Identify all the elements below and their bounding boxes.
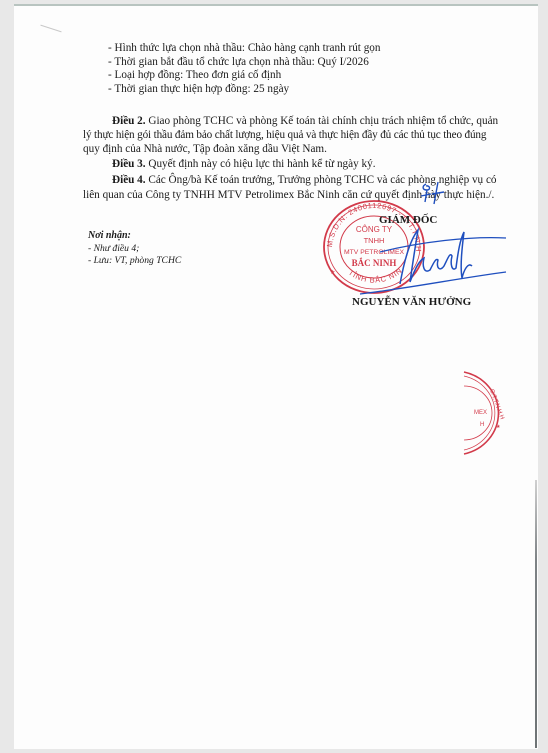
partial-stamp-edge: C.T.T.N.H.H MEX H ★ [478, 368, 518, 458]
recipients-title: Nơi nhận: [88, 229, 131, 243]
article-3-label: Điều 3. [112, 158, 146, 170]
svg-text:★: ★ [496, 424, 501, 430]
svg-text:★: ★ [330, 269, 335, 276]
page-top-edge [14, 4, 538, 6]
article-2-line-2: lý thực hiện gói thầu đảm bảo chất lượng… [83, 128, 486, 142]
article-2-line-1: Điều 2. Giao phòng TCHC và phòng Kế toán… [112, 114, 498, 128]
bullet-contract-duration: - Thời gian thực hiện hợp đồng: 25 ngày [108, 82, 289, 96]
bullet-start-time: - Thời gian bắt đầu tổ chức lựa chọn nhà… [108, 55, 369, 69]
signer-name: NGUYỄN VĂN HƯỞNG [352, 295, 471, 309]
article-2-line-3: quy định của Nhà nước, Tập đoàn xăng dầu… [83, 142, 327, 156]
recipient-item: - Lưu: VT, phòng TCHC [88, 254, 181, 268]
handwritten-signature [360, 222, 510, 292]
svg-text:MEX: MEX [474, 410, 487, 416]
bullet-selection-method: - Hình thức lựa chọn nhà thầu: Chào hàng… [108, 41, 380, 55]
bullet-contract-type: - Loại hợp đồng: Theo đơn giá cố định [108, 68, 281, 82]
svg-text:H: H [480, 422, 484, 428]
article-3-line-1: Điều 3. Quyết định này có hiệu lực thi h… [112, 157, 376, 171]
article-2-label: Điều 2. [112, 115, 146, 127]
page-right-edge-shadow [535, 480, 537, 748]
article-4-label: Điều 4. [112, 174, 146, 186]
